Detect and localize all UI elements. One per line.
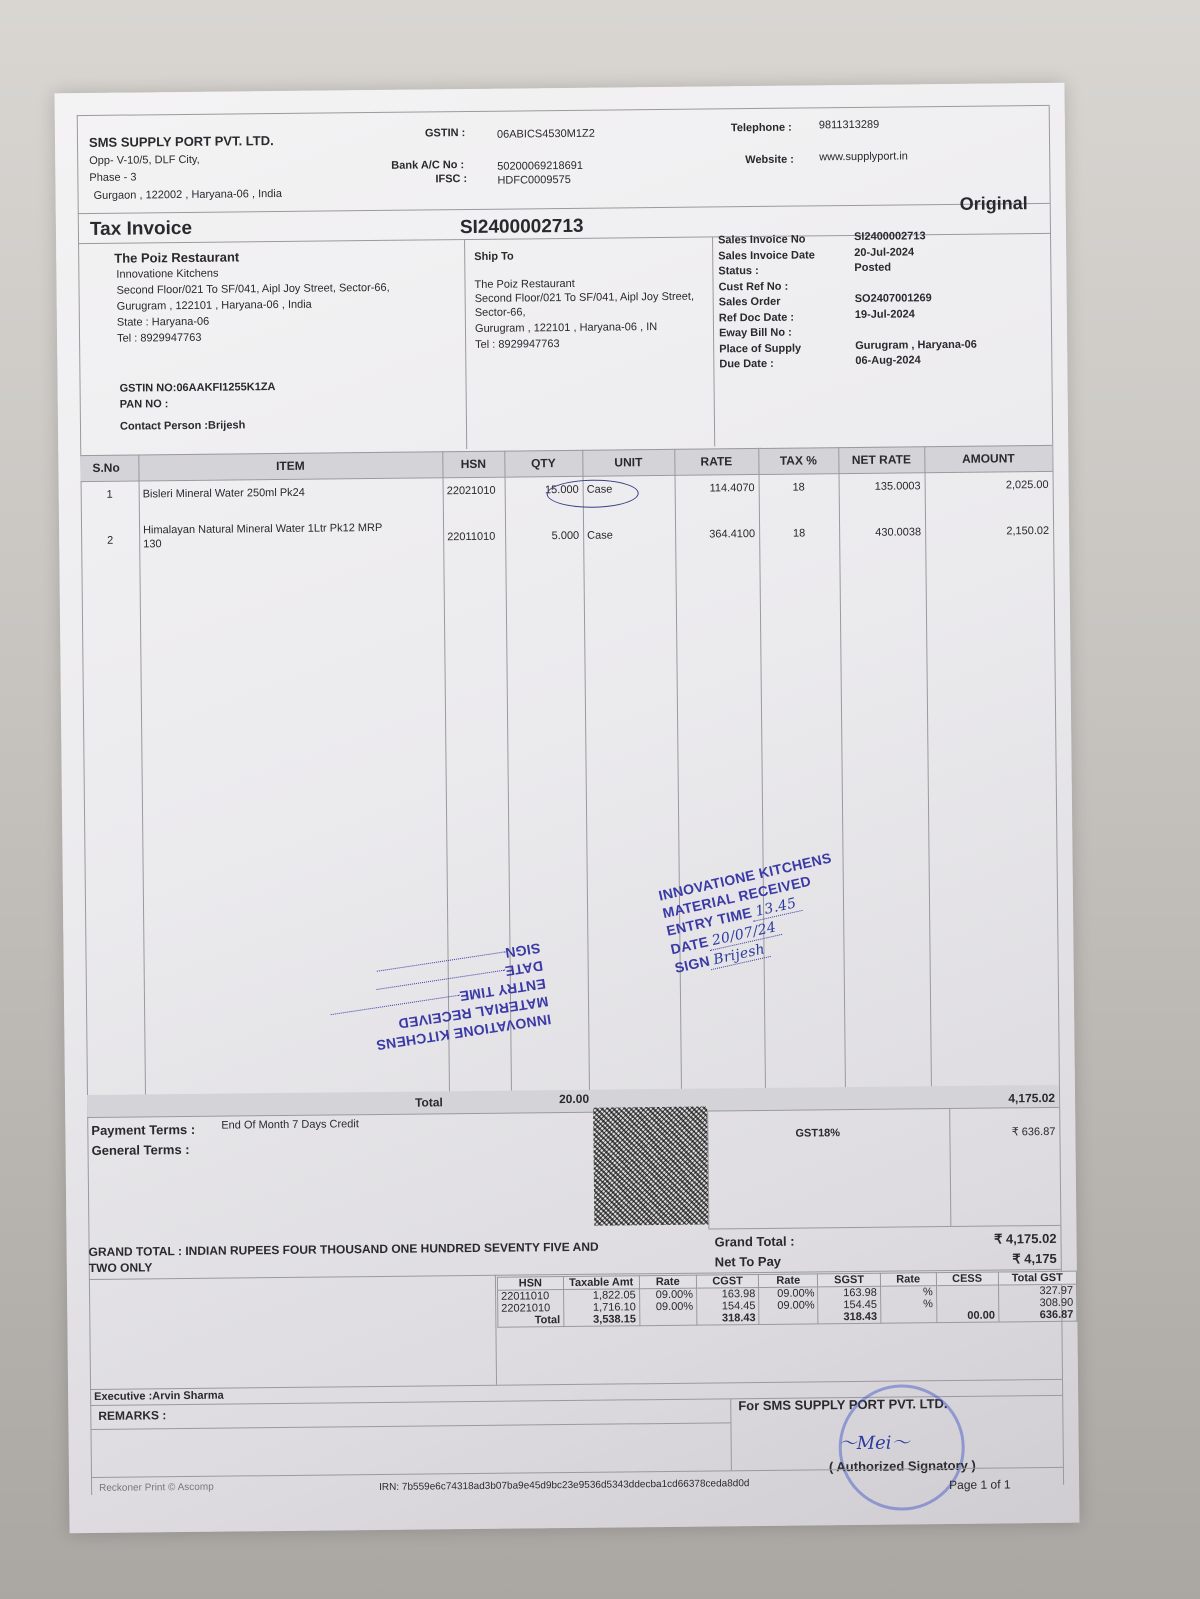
gst-rate-label: GST18%	[795, 1127, 840, 1139]
net-to-pay-label: Net To Pay	[715, 1254, 781, 1270]
ship-to-line: Sector-66,	[475, 306, 526, 319]
gst-cell: 22021010	[498, 1302, 564, 1315]
gst-header: Rate	[880, 1273, 936, 1287]
gst-total-cell	[639, 1313, 697, 1326]
gst-cell: 09.00%	[759, 1287, 818, 1300]
bill-to-line: Second Floor/021 To SF/041, Aipl Joy Str…	[116, 282, 389, 297]
meta-value: 19-Jul-2024	[855, 308, 915, 321]
item-tax: 18	[763, 527, 835, 540]
total-amount: 4,175.02	[955, 1091, 1055, 1106]
ifsc-label: IFSC :	[435, 173, 467, 185]
irn: IRN: 7b559e6c74318ad3b07ba9e45d9bc23e953…	[379, 1478, 749, 1493]
item-net-rate: 430.0038	[843, 526, 921, 539]
item-item: Bisleri Mineral Water 250ml Pk24	[143, 485, 439, 500]
column-header: NET RATE	[840, 452, 922, 467]
gstin-label: GSTIN :	[425, 127, 465, 139]
column-header: UNIT	[584, 455, 672, 470]
gst-total-cell: 3,538.15	[564, 1313, 640, 1326]
meta-label: Sales Order	[719, 296, 781, 309]
bill-to-line: Gurugram , 122101 , Haryana-06 , India	[117, 299, 312, 313]
meta-value: 06-Aug-2024	[855, 354, 921, 367]
telephone: 9811313289	[819, 119, 879, 132]
gst-header: CGST	[696, 1275, 758, 1289]
bank-label: Bank A/C No :	[391, 159, 464, 172]
item-item: Himalayan Natural Mineral Water 1Ltr Pk1…	[143, 521, 439, 536]
item-amount: 2,025.00	[929, 479, 1049, 492]
material-received-stamp-inverted: INNOVATIONE KITCHENS MATERIAL RECEIVED E…	[324, 939, 552, 1060]
bill-to-gstin: GSTIN NO:06AAKFI1255K1ZA	[120, 381, 276, 395]
gst-summary-table: HSNTaxable AmtRateCGSTRateSGSTRateCESSTo…	[497, 1271, 1078, 1328]
seller-name: SMS SUPPLY PORT PVT. LTD.	[89, 133, 274, 150]
software-credit: Reckoner Print © Ascomp	[99, 1482, 214, 1494]
doc-title: Tax Invoice	[90, 218, 192, 241]
meta-value: 20-Jul-2024	[854, 246, 914, 259]
bill-to-line: Tel : 8929947763	[117, 332, 202, 345]
gst-cell: 09.00%	[759, 1299, 818, 1312]
bill-to-line: State : Haryana-06	[117, 316, 209, 329]
e-invoice-qr-code	[593, 1107, 708, 1226]
gst-header: CESS	[936, 1272, 998, 1286]
seller-address-3: Gurgaon , 122002 , Haryana-06 , India	[94, 188, 282, 202]
ship-to-line: The Poiz Restaurant	[474, 278, 574, 291]
gst-cell: 1,716.10	[563, 1301, 639, 1314]
ship-to-line: Gurugram , 122101 , Haryana-06 , IN	[475, 321, 657, 335]
gst-cell: %	[880, 1298, 936, 1311]
executive: Executive :Arvin Sharma	[94, 1390, 224, 1403]
meta-label: Eway Bill No :	[719, 327, 792, 340]
column-header: QTY	[506, 456, 580, 471]
website-label: Website :	[745, 154, 794, 167]
gst-cell	[936, 1285, 998, 1298]
gst-cell: 09.00%	[639, 1301, 696, 1314]
meta-value: SO2407001269	[855, 292, 932, 305]
gst-cell: 327.97	[998, 1284, 1077, 1297]
gst-header: Total GST	[998, 1271, 1077, 1285]
item-qty: 5.000	[509, 530, 579, 543]
meta-label: Due Date :	[719, 358, 774, 371]
item-unit: Case	[587, 529, 671, 542]
contact-person: Contact Person :Brijesh	[120, 419, 245, 432]
invoice-paper: SMS SUPPLY PORT PVT. LTD. Opp- V-10/5, D…	[54, 83, 1079, 1533]
gst-cell: 163.98	[696, 1288, 758, 1301]
item-sno: 2	[85, 535, 135, 548]
meta-value: SI2400002713	[854, 230, 926, 243]
ship-to-line: Second Floor/021 To SF/041, Aipl Joy Str…	[475, 291, 694, 305]
gst-total-cell: 318.43	[697, 1312, 759, 1325]
gst-total-cell: Total	[498, 1314, 564, 1327]
gst-cell: 163.98	[818, 1286, 880, 1299]
seller-address-1: Opp- V-10/5, DLF City,	[89, 154, 200, 167]
gst-cell: 154.45	[697, 1300, 759, 1313]
meta-label: Cust Ref No :	[718, 280, 788, 293]
bill-to-name: The Poiz Restaurant	[114, 249, 239, 265]
gst-total-cell: 318.43	[818, 1311, 880, 1324]
gst-cell: 154.45	[818, 1299, 880, 1312]
gst-header: Taxable Amt	[563, 1276, 639, 1290]
total-qty: 20.00	[559, 1092, 589, 1106]
gst-total-cell	[759, 1311, 818, 1324]
column-header: TAX %	[760, 453, 836, 468]
seller-gstin: 06ABICS4530M1Z2	[497, 128, 595, 141]
website: www.supplyport.in	[819, 150, 908, 163]
gst-cell: 308.90	[998, 1297, 1077, 1310]
item-hsn: 22021010	[447, 485, 501, 498]
payment-terms-label: Payment Terms :	[91, 1122, 195, 1138]
meta-value: Posted	[854, 262, 891, 274]
item-amount: 2,150.02	[929, 525, 1049, 538]
payment-terms-value: End Of Month 7 Days Credit	[221, 1118, 359, 1131]
bill-to-pan: PAN NO :	[120, 398, 169, 411]
gst-amount: ₹ 636.87	[955, 1125, 1055, 1139]
column-header: AMOUNT	[926, 451, 1050, 466]
general-terms-label: General Terms :	[91, 1142, 189, 1158]
meta-label: Status :	[718, 265, 758, 277]
ship-to-label: Ship To	[474, 251, 514, 263]
column-header: S.No	[92, 460, 146, 475]
doc-number: SI2400002713	[460, 216, 584, 239]
amount-in-words-2: TWO ONLY	[89, 1260, 153, 1275]
grand-total-value: ₹ 4,175.02	[926, 1231, 1056, 1248]
item-hsn: 22011010	[447, 531, 501, 544]
telephone-label: Telephone :	[731, 122, 792, 135]
page-number: Page 1 of 1	[949, 1477, 1011, 1492]
seller-address-2: Phase - 3	[89, 171, 136, 183]
item-sno: 1	[85, 489, 135, 502]
item-tax: 18	[763, 481, 835, 494]
material-received-stamp: INNOVATIONE KITCHENS MATERIAL RECEIVED E…	[657, 849, 850, 978]
meta-label: Ref Doc Date :	[719, 311, 794, 324]
ifsc: HDFC0009575	[497, 174, 570, 187]
grand-total-label: Grand Total :	[714, 1234, 794, 1250]
gst-cell: 09.00%	[639, 1288, 697, 1301]
gst-cell: 1,822.05	[563, 1289, 639, 1302]
gst-header: Rate	[759, 1274, 818, 1288]
meta-label: Sales Invoice Date	[718, 249, 815, 262]
net-to-pay-value: ₹ 4,175	[927, 1251, 1057, 1268]
meta-label: Place of Supply	[719, 342, 801, 355]
total-label: Total	[415, 1095, 443, 1109]
item-net-rate: 135.0003	[843, 480, 921, 493]
gst-total-cell: 00.00	[936, 1310, 998, 1323]
bank-ac: 50200069218691	[497, 160, 583, 173]
meta-value: Gurugram , Haryana-06	[855, 338, 977, 351]
gst-header: SGST	[818, 1273, 880, 1287]
amount-in-words-1: GRAND TOTAL : INDIAN RUPEES FOUR THOUSAN…	[89, 1240, 599, 1259]
gst-cell: 22011010	[498, 1290, 564, 1303]
item-continuation: 130	[143, 538, 161, 550]
handwritten-qty-circle	[547, 479, 639, 508]
gst-total-cell	[881, 1310, 937, 1323]
ship-to-line: Tel : 8929947763	[475, 338, 560, 351]
bill-to-line: Innovatione Kitchens	[116, 268, 218, 281]
column-header: HSN	[444, 457, 502, 472]
column-header: RATE	[676, 454, 756, 469]
meta-label: Sales Invoice No	[718, 233, 806, 246]
signature: 〜Mei〜	[839, 1428, 910, 1455]
item-rate: 114.4070	[679, 482, 755, 495]
copy-label: Original	[960, 193, 1028, 215]
gst-cell: %	[880, 1286, 936, 1299]
gst-total-cell: 636.87	[998, 1309, 1077, 1322]
authorized-signatory: ( Authorized Signatory )	[829, 1458, 976, 1475]
item-rate: 364.4100	[679, 528, 755, 541]
gst-header: Rate	[639, 1275, 697, 1289]
remarks-label: REMARKS :	[98, 1408, 166, 1423]
gst-header: HSN	[497, 1277, 563, 1291]
gst-cell	[936, 1298, 998, 1311]
